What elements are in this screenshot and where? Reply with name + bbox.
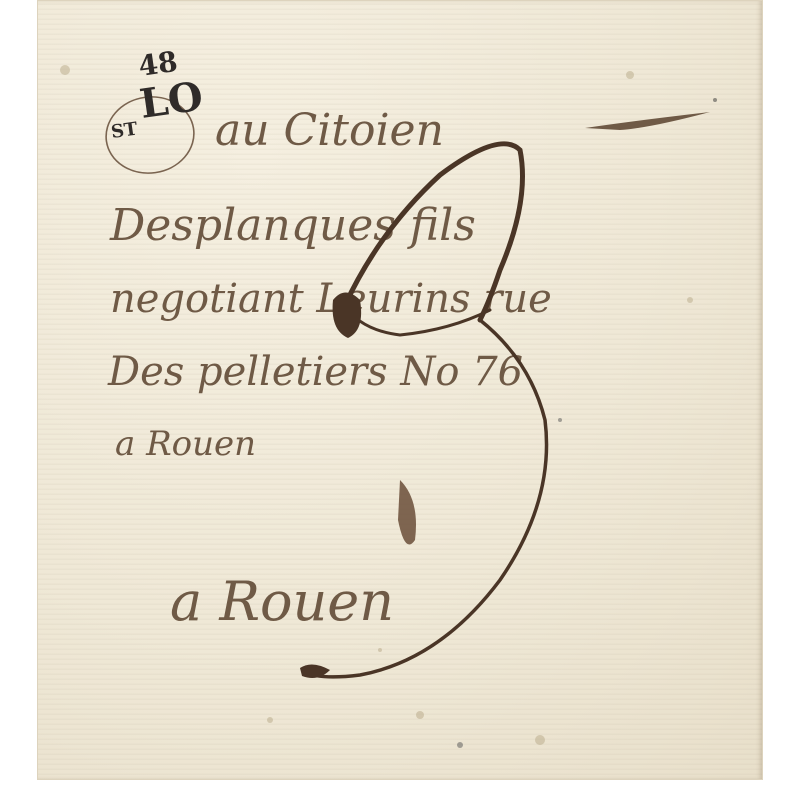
address-line-1: au Citoien: [215, 105, 444, 156]
destination-line: a Rouen: [170, 570, 394, 633]
address-line-5: a Rouen: [115, 424, 256, 464]
flourish-dash: [585, 112, 710, 130]
postmark-town-prefix: ST: [110, 118, 140, 143]
paper-stains: [60, 65, 717, 748]
rate-marking-value: 5: [0, 0, 8, 4]
address-line-3: negotiant Leurins rue: [110, 276, 552, 322]
postmark-town-name: LO: [137, 73, 206, 128]
address-line-2: Desplanques fils: [109, 200, 476, 251]
letter-markings: 48 ST LO au Citoien Desplanques fils neg…: [0, 0, 800, 800]
address-block: au Citoien Desplanques fils negotiant Le…: [107, 105, 710, 633]
postmark: 48 ST LO: [101, 45, 206, 179]
address-line-4: Des pelletiers No 76: [107, 349, 523, 395]
